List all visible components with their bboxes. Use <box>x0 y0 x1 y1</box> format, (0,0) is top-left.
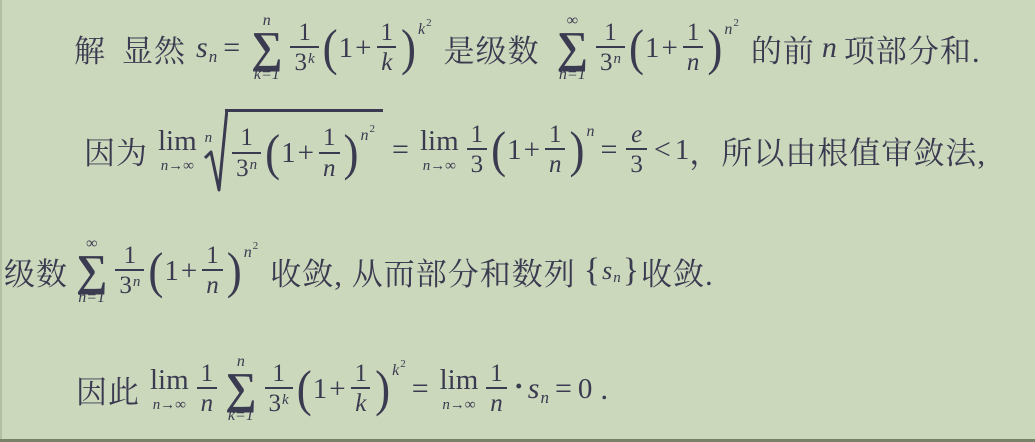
exp-square: 2 <box>253 240 259 258</box>
den-exp-n: n <box>614 51 622 67</box>
frac-denominator: 3n <box>115 269 144 299</box>
lim-subscript: n→∞ <box>423 159 456 174</box>
frac-numerator: 1 <box>319 125 340 151</box>
exp-square: 2 <box>733 17 739 35</box>
frac-denominator: 3n <box>232 152 261 182</box>
frac-1-over-k: 1 k <box>377 20 398 77</box>
frac-numerator: 1 <box>202 243 223 269</box>
exp-square: 2 <box>370 123 376 141</box>
frac-denominator: n <box>202 269 223 299</box>
comma: ， <box>689 128 721 173</box>
exp-n: n <box>586 123 594 141</box>
op-equals: = <box>600 133 617 167</box>
num-1: 1 <box>645 32 660 65</box>
left-edge-shade <box>0 0 2 442</box>
frac-denominator: n <box>319 152 340 182</box>
op-plus: + <box>329 373 345 406</box>
exp-letter: k <box>392 362 399 380</box>
sigma-icon: ∑ <box>76 252 107 291</box>
var-n: n <box>822 31 837 65</box>
op-equals: = <box>223 31 240 65</box>
sum-k1-to-n: n ∑ k=1 <box>225 354 256 425</box>
exp-letter: n <box>244 244 252 262</box>
frac-denominator: 3 <box>467 148 488 178</box>
limit-n-to-inf: lim n→∞ <box>158 127 197 174</box>
op-plus: + <box>298 137 314 170</box>
frac-numerator: 1 <box>120 243 141 269</box>
frac-1-over-n: 1 n <box>545 122 566 179</box>
sum-lower-limit: n=1 <box>559 67 586 83</box>
frac-denominator: n <box>486 387 507 417</box>
op-equals: = <box>392 133 409 167</box>
limit-n-to-inf: lim n→∞ <box>150 366 189 413</box>
num-1: 1 <box>281 137 296 170</box>
op-plus: + <box>662 32 678 65</box>
lim-word: lim <box>440 366 479 395</box>
frac-1-over-3k: 1 3k <box>265 361 293 418</box>
exp-letter: n <box>361 127 369 145</box>
op-cdot: · <box>514 370 524 404</box>
den-exp-n: n <box>250 157 258 173</box>
den-exp-n: n <box>133 274 141 290</box>
den-exp-k: k <box>282 392 289 408</box>
open-paren: ( <box>297 364 312 414</box>
op-less-than: < <box>654 133 671 167</box>
exp-letter: k <box>418 21 425 39</box>
frac-numerator: 1 <box>600 20 621 46</box>
den-base-3: 3 <box>119 272 132 299</box>
frac-denominator: n <box>545 148 566 178</box>
solution-line-1: 解 显然 sn = n ∑ k=1 1 3k ( 1+ 1 k ) k2 是级数… <box>74 2 981 94</box>
root-index-n: n <box>205 130 213 147</box>
open-brace: { <box>584 252 600 290</box>
open-paren: ( <box>265 128 280 178</box>
frac-numerator: 1 <box>467 122 488 148</box>
frac-1-over-n: 1 n <box>202 243 223 300</box>
var-s: s <box>196 31 208 65</box>
num-1: 1 <box>313 373 328 406</box>
den-base-3: 3 <box>294 49 307 76</box>
math-solution-page: { "page": { "background": "#ccd8bc", "te… <box>0 0 1035 442</box>
num-1: 1 <box>507 134 522 167</box>
phrase-yinci: 因此 <box>76 367 140 412</box>
sigma-icon: ∑ <box>251 29 282 68</box>
lim-word: lim <box>420 127 459 156</box>
lim-subscript: n→∞ <box>442 398 475 413</box>
den-base-3: 3 <box>269 390 282 417</box>
frac-denominator: 3k <box>265 387 293 417</box>
radicand: 1 3n ( 1+ 1 n ) n2 <box>225 109 383 191</box>
frac-1-over-3n: 1 3n <box>232 125 261 182</box>
phrase-shi-jishu: 是级数 <box>444 26 540 71</box>
frac-1-over-3: 1 3 <box>467 122 488 179</box>
frac-denominator: 3 <box>626 148 647 178</box>
frac-1-over-3n: 1 3n <box>596 20 625 77</box>
frac-denominator: 3n <box>596 46 625 76</box>
frac-1-over-n: 1 n <box>197 361 218 418</box>
den-base-3: 3 <box>600 49 613 76</box>
exp-n-squared: n2 <box>361 127 376 145</box>
phrase-de-qian: 的前 <box>751 26 815 71</box>
exp-square: 2 <box>400 358 406 376</box>
sum-n1-to-inf: ∞ ∑ n=1 <box>557 13 588 84</box>
exp-n-squared: n2 <box>724 21 739 39</box>
frac-denominator: 3k <box>290 46 318 76</box>
lim-subscript: n→∞ <box>153 398 186 413</box>
close-paren: ) <box>569 125 584 175</box>
close-paren: ) <box>707 23 722 73</box>
lim-word: lim <box>150 366 189 395</box>
close-paren: ) <box>401 23 416 73</box>
limit-n-to-inf: lim n→∞ <box>420 127 459 174</box>
frac-denominator: k <box>377 46 396 76</box>
sigma-icon: ∑ <box>225 370 256 409</box>
solution-line-2: 因为 lim n→∞ n 1 3n ( 1+ 1 n ) n2 = lim n→… <box>84 98 986 202</box>
sum-lower-limit: k=1 <box>254 67 280 83</box>
exp-letter: n <box>586 123 594 141</box>
den-exp-k: k <box>308 51 315 67</box>
phrase-jishu: 级数 <box>4 249 68 294</box>
sum-n1-to-inf: ∞ ∑ n=1 <box>76 236 107 307</box>
frac-numerator: 1 <box>486 361 507 387</box>
sum-lower-limit: k=1 <box>228 408 254 424</box>
frac-1-over-n: 1 n <box>683 20 704 77</box>
sub-n: n <box>613 270 621 287</box>
sub-n: n <box>209 47 218 67</box>
limit-n-to-inf: lim n→∞ <box>440 366 479 413</box>
frac-numerator: 1 <box>236 125 257 151</box>
lim-word: lim <box>158 127 197 156</box>
frac-e-over-3: e 3 <box>626 122 647 179</box>
op-plus: + <box>355 32 371 65</box>
solution-line-3: 级数 ∞ ∑ n=1 1 3n ( 1+ 1 n ) n2 收敛, 从而部分和数… <box>4 218 714 324</box>
frac-numerator: e <box>627 122 646 148</box>
exp-square: 2 <box>426 17 432 35</box>
solution-line-4: 因此 lim n→∞ 1 n n ∑ k=1 1 3k ( 1+ 1 k ) k… <box>76 336 609 442</box>
frac-1-over-3k: 1 3k <box>290 20 318 77</box>
close-brace: } <box>623 252 639 290</box>
exp-letter: n <box>724 21 732 39</box>
phrase-suoyi: 所以由根值审敛法, <box>721 128 986 173</box>
exp-k-squared: k2 <box>392 362 406 380</box>
frac-numerator: 1 <box>545 122 566 148</box>
close-paren: ) <box>344 128 359 178</box>
frac-denominator: n <box>197 387 218 417</box>
phrase-shoulian-conger: 收敛, 从而部分和数列 <box>270 249 576 294</box>
nth-root: n 1 3n ( 1+ 1 n ) n2 <box>205 106 383 194</box>
exp-n-squared: n2 <box>244 244 259 262</box>
op-equals: = <box>555 372 572 406</box>
frac-1-over-3n: 1 3n <box>115 243 144 300</box>
period: . <box>600 371 609 407</box>
frac-numerator: 1 <box>294 20 315 46</box>
num-1: 1 <box>164 255 179 288</box>
phrase-yinwei: 因为 <box>84 128 148 173</box>
label-jie: 解 <box>74 26 106 71</box>
sum-k1-to-n: n ∑ k=1 <box>251 13 282 84</box>
var-s: s <box>602 256 612 286</box>
phrase-shoulian: 收敛. <box>641 249 714 294</box>
close-paren: ) <box>227 246 242 296</box>
open-paren: ( <box>491 125 506 175</box>
frac-1-over-k: 1 k <box>351 361 372 418</box>
var-s: s <box>528 372 540 406</box>
num-1: 1 <box>339 32 354 65</box>
frac-denominator: k <box>351 387 370 417</box>
op-plus: + <box>181 255 197 288</box>
phrase-xianran: 显然 <box>122 26 186 71</box>
sigma-icon: ∑ <box>557 29 588 68</box>
frac-numerator: 1 <box>377 20 398 46</box>
frac-numerator: 1 <box>683 20 704 46</box>
frac-numerator: 1 <box>268 361 289 387</box>
den-base-3: 3 <box>236 155 249 182</box>
num-1: 1 <box>675 134 690 167</box>
lim-subscript: n→∞ <box>161 159 194 174</box>
frac-numerator: 1 <box>197 361 218 387</box>
sum-lower-limit: n=1 <box>78 290 105 306</box>
num-0: 0 <box>578 373 593 406</box>
op-equals: = <box>412 372 429 406</box>
frac-numerator: 1 <box>351 361 372 387</box>
open-paren: ( <box>629 23 644 73</box>
open-paren: ( <box>323 23 338 73</box>
exp-k-squared: k2 <box>418 21 432 39</box>
op-plus: + <box>524 134 540 167</box>
close-paren: ) <box>375 364 390 414</box>
frac-1-over-n: 1 n <box>319 125 340 182</box>
sub-n: n <box>540 388 549 408</box>
phrase-xiang-bufenhe: 项部分和. <box>844 26 981 71</box>
open-paren: ( <box>148 246 163 296</box>
frac-1-over-n: 1 n <box>486 361 507 418</box>
frac-denominator: n <box>683 46 704 76</box>
